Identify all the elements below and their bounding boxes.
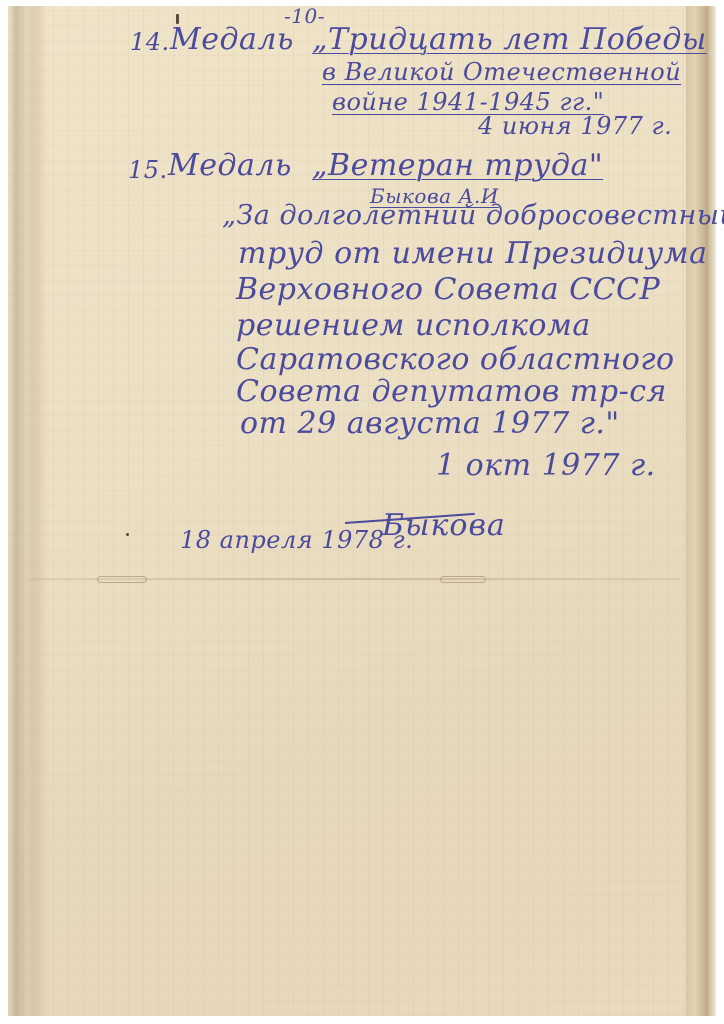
entry-number: 14. <box>130 28 170 56</box>
staple-mark-right <box>440 576 486 583</box>
award-title-line: „Тридцать лет Победы <box>312 22 707 57</box>
page-edge-outer <box>708 6 716 1016</box>
page-edge-right <box>686 6 708 1016</box>
award-type: Медаль <box>168 148 292 183</box>
award-title: „Ветеран труда" <box>312 148 603 183</box>
citation-line: от 29 августа 1977 г." <box>240 406 620 441</box>
citation-line: Саратовского областного <box>236 342 675 377</box>
citation-line: Верховного Совета СССР <box>236 272 660 307</box>
award-type: Медаль <box>170 22 294 57</box>
signature: Быкова <box>382 508 506 543</box>
award-date: 4 июня 1977 г. <box>478 112 672 140</box>
entry-number: 15. <box>128 156 168 184</box>
citation-line: решением исполкома <box>236 308 591 343</box>
citation-line: „За долголетний добросовестный <box>222 200 724 231</box>
award-date: 1 окт 1977 г. <box>436 448 656 483</box>
award-title-line: в Великой Отечественной <box>322 58 681 86</box>
citation-line: Совета депутатов тр-ся <box>236 374 667 409</box>
citation-line: труд от имени Президиума <box>238 236 708 271</box>
ink-dot <box>126 533 129 536</box>
closing-date: 18 апреля 1978 г. <box>180 526 413 554</box>
staple-mark-left <box>97 576 147 583</box>
